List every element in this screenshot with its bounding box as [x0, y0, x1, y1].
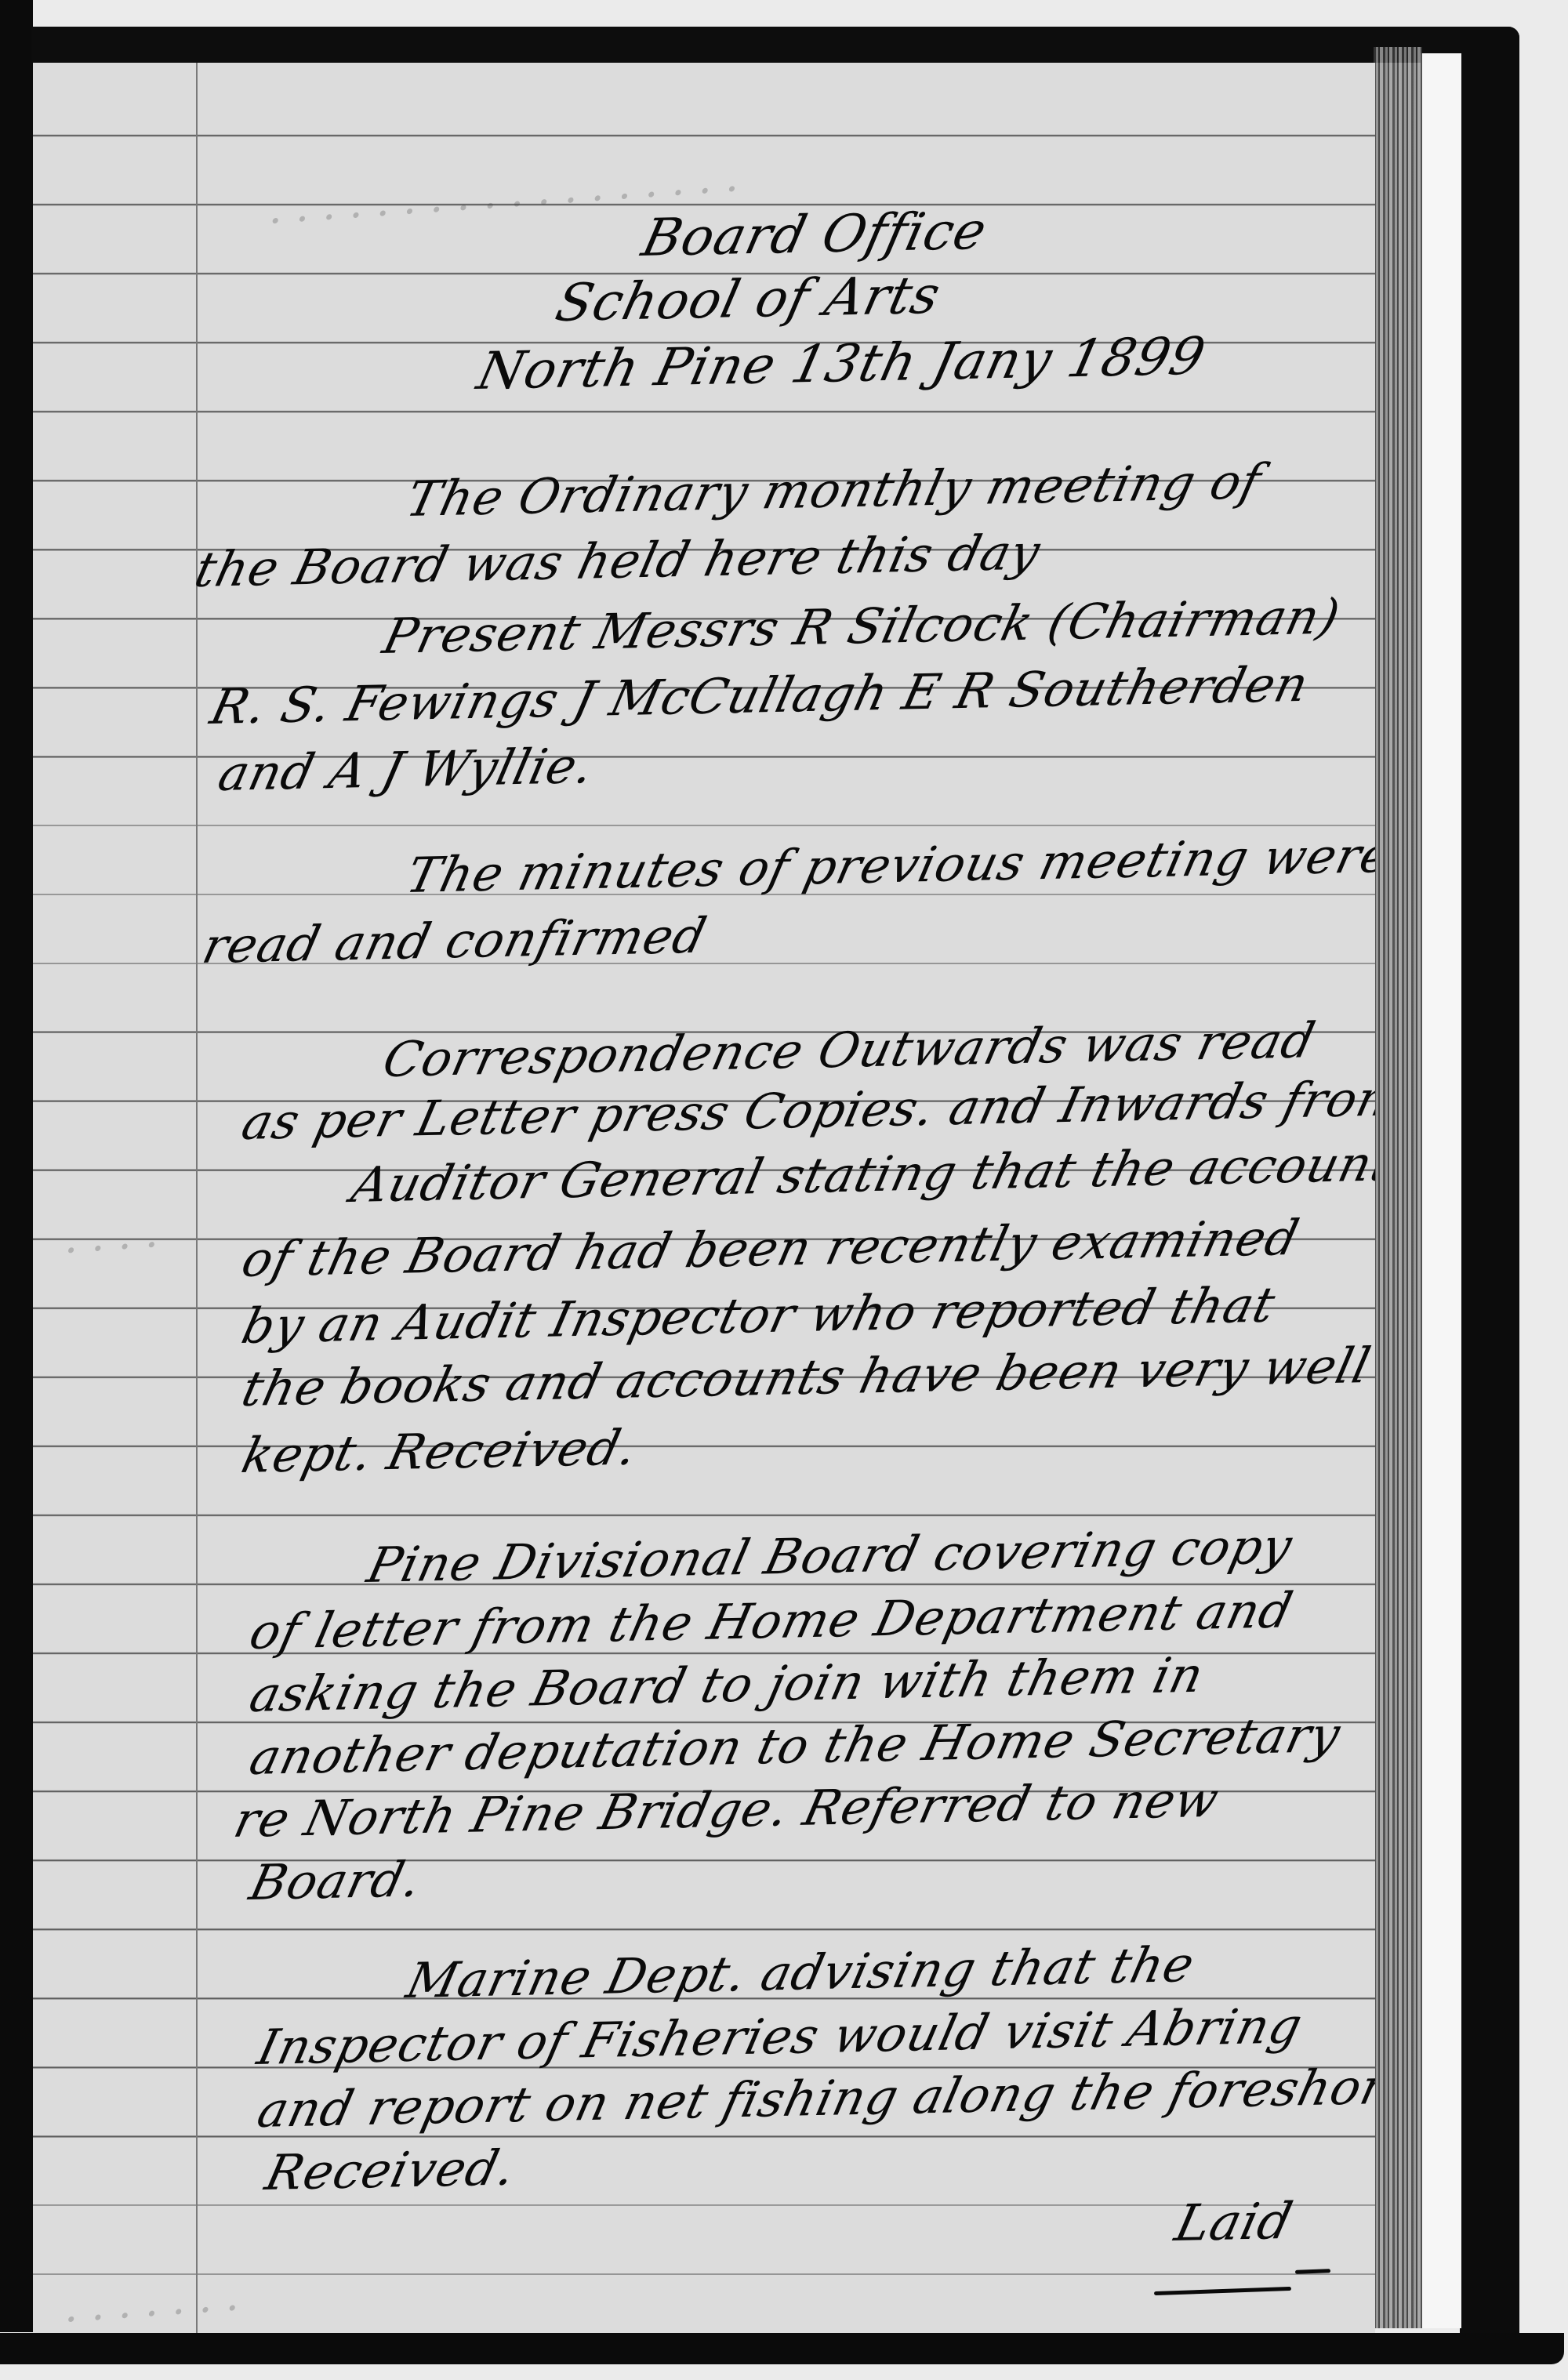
book-cover-left — [0, 0, 33, 2332]
show-through-text: · · · · — [63, 1220, 160, 1275]
header-line-3: North Pine 13th Jany 1899 — [472, 326, 1211, 401]
page-stack-binding — [1374, 47, 1422, 2328]
paragraph-line: the Board was held here this day — [190, 524, 1046, 598]
ledger-page: · · · · · · · · · · · · · · · · · · · · … — [33, 63, 1375, 2333]
header-line-2: School of Arts — [550, 265, 946, 333]
catchword-underline — [1295, 2269, 1330, 2274]
paragraph-line: Board. — [245, 1851, 427, 1911]
show-through-text: · · · · · · · — [63, 2283, 241, 2333]
paragraph-line: kept. Received. — [237, 1419, 643, 1484]
catchword-laid: Laid — [1170, 2193, 1298, 2253]
paragraph-line: Auditor General stating that the account… — [347, 1134, 1375, 1214]
margin-rule — [196, 63, 198, 2333]
paragraph-line: Marine Dept. advising that the — [401, 1936, 1200, 2009]
book-cover-top — [31, 27, 1519, 63]
paragraph-line: of the Board had been recently examined — [237, 1209, 1305, 1288]
paragraph-line: Pine Divisional Board covering copy — [362, 1517, 1298, 1594]
page-edge — [1421, 53, 1461, 2328]
paragraph-line: and A J Wyllie. — [213, 737, 600, 802]
paragraph-line: R. S. Fewings J McCullagh E R Southerden — [205, 655, 1314, 735]
header-line-1: Board Office — [637, 201, 993, 268]
paragraph-line: Received. — [260, 2139, 521, 2201]
book-cover-right — [1460, 27, 1519, 2363]
catchword-underline — [1154, 2287, 1291, 2295]
paragraph-line: The minutes of previous meeting were — [401, 826, 1375, 904]
paragraph-line: Present Messrs R Silcock (Chairman) — [378, 588, 1345, 665]
paragraph-line: The Ordinary monthly meeting of — [401, 452, 1267, 528]
book-cover-bottom — [0, 2333, 1564, 2364]
paragraph-line: read and confirmed — [198, 907, 712, 974]
